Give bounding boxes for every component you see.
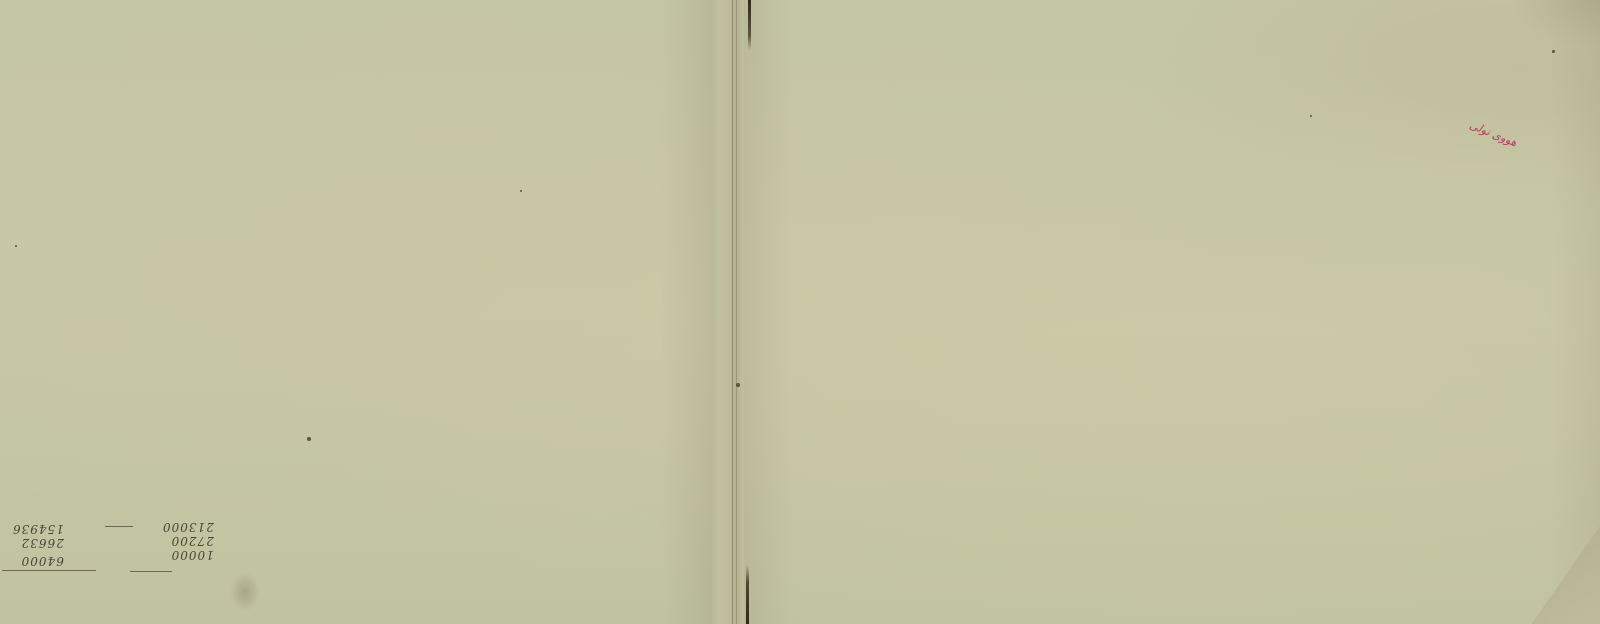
gutter-fold-line: [732, 0, 733, 624]
calc-line: 64000: [12, 554, 64, 568]
calc-line: 213000: [162, 520, 214, 534]
gutter-fold-line: [736, 0, 737, 624]
handwritten-calculation-right: 10000 27200 213000: [162, 520, 214, 562]
calc-rule: [105, 526, 133, 527]
calc-line: 27200: [162, 534, 214, 548]
left-page: [0, 0, 718, 624]
book-gutter: [712, 0, 744, 624]
book-spread: 64000 26632 154936 10000 27200 213000 ﻫﻮ…: [0, 0, 1600, 624]
spine-shadow-bottom: [746, 565, 749, 624]
handwritten-calculation-left: 64000 26632 154936: [12, 522, 64, 568]
paper-speck: [307, 437, 311, 441]
paper-speck: [520, 190, 522, 192]
spine-shadow-top: [748, 0, 751, 50]
paper-speck: [736, 383, 740, 387]
calc-rule: [2, 570, 96, 571]
paper-speck: [1552, 50, 1555, 53]
calc-line: 154936: [12, 522, 64, 536]
page-corner-fold: [1530, 504, 1600, 624]
paper-speck: [1310, 115, 1312, 117]
calc-line: 10000: [162, 548, 214, 562]
ink-smudge: [230, 572, 260, 612]
calc-rule: [130, 571, 172, 572]
right-page: [742, 0, 1600, 624]
paper-speck: [15, 245, 17, 247]
page-corner-wear: [1510, 0, 1600, 50]
calc-line: 26632: [12, 536, 64, 550]
